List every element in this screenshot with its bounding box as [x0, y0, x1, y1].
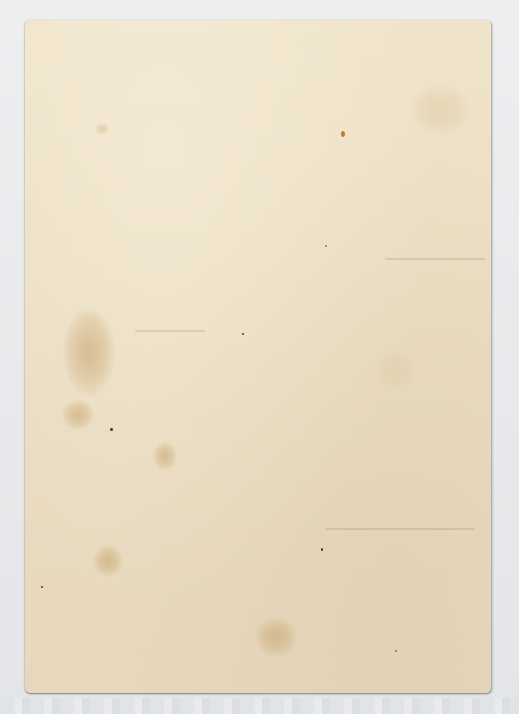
- aged-card-back: [25, 20, 491, 693]
- speck: [395, 650, 397, 652]
- speck: [242, 333, 244, 335]
- speck: [321, 548, 323, 551]
- faint-impression: [385, 258, 485, 260]
- faint-impression: [325, 528, 475, 530]
- scanner-edge-strip: [0, 698, 519, 714]
- faint-impression: [135, 330, 205, 332]
- foxing-stain: [375, 350, 415, 390]
- foxing-stain: [153, 442, 177, 470]
- foxing-stain: [93, 545, 123, 577]
- speck: [341, 131, 345, 137]
- speck: [41, 586, 43, 588]
- foxing-stain: [63, 308, 115, 396]
- speck: [325, 245, 327, 247]
- foxing-stain: [255, 617, 297, 657]
- speck: [110, 428, 113, 431]
- foxing-stain: [95, 123, 109, 135]
- foxing-stain: [410, 85, 470, 135]
- foxing-stain: [62, 400, 94, 430]
